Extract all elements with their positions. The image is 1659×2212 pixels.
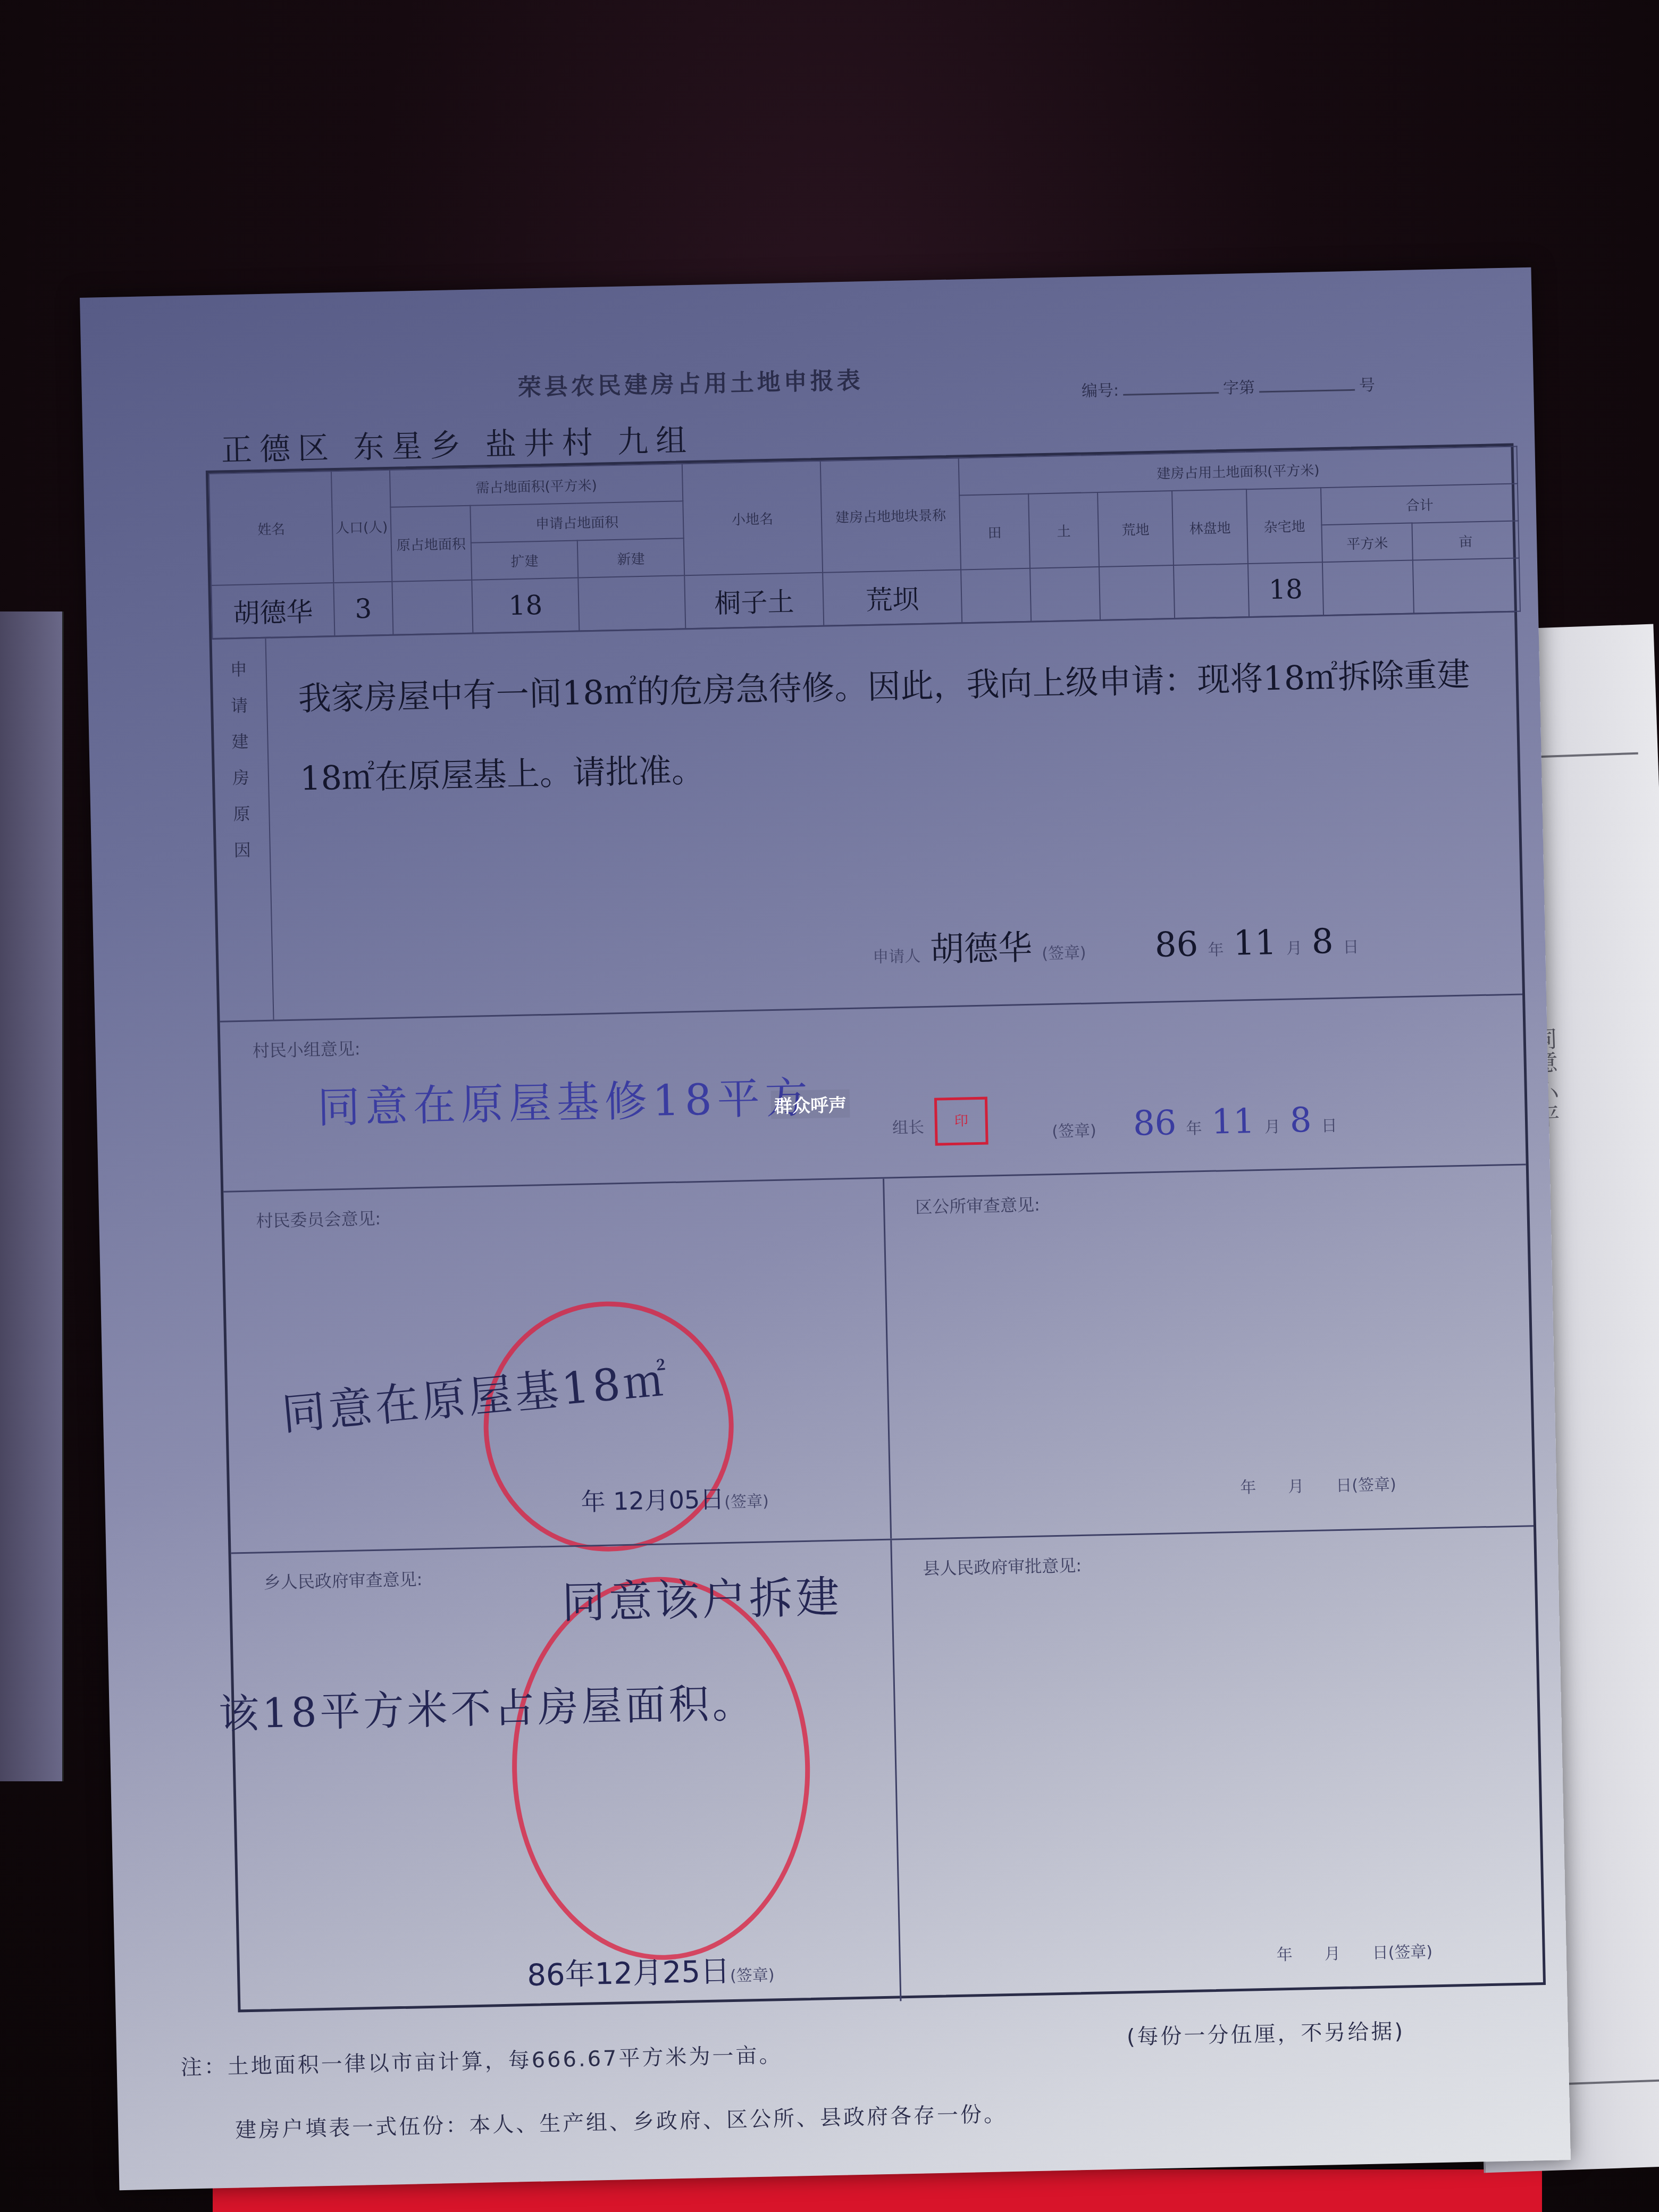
township-sign-label: (签章) bbox=[730, 1966, 775, 1985]
group-signature: 组长 bbox=[892, 1114, 925, 1138]
applicant-label: 申请人 bbox=[873, 947, 921, 967]
cell-name: 胡德华 bbox=[211, 583, 334, 639]
header-name: 姓名 bbox=[209, 471, 333, 585]
cell-land-value bbox=[1174, 564, 1249, 618]
group-date: (签章) 86年11月8日 bbox=[1051, 1100, 1337, 1145]
reason-divider bbox=[265, 639, 274, 1020]
sign-label: (签章) bbox=[1042, 944, 1086, 963]
year-unit: 年 bbox=[1186, 1119, 1202, 1138]
township-opinion-line2: 该18平方米不占房屋面积。 bbox=[218, 1671, 757, 1740]
header-area-needed: 需占地面积(平方米) bbox=[390, 464, 683, 507]
county-date: 年 月 日(签章) bbox=[1276, 1938, 1432, 1965]
form-title: 荣县农民建房占用土地申报表 bbox=[517, 361, 864, 403]
applicant-signature: 申请人胡德华(签章) 86年11月8日 bbox=[872, 914, 1359, 973]
cell-total-mu bbox=[1413, 558, 1520, 613]
header-expand: 扩建 bbox=[471, 541, 578, 580]
applicant-name: 胡德华 bbox=[929, 928, 1033, 970]
applicant-day: 8 bbox=[1311, 922, 1334, 962]
note-line2: 建房户填表一式伍份：本人、生产组、乡政府、区公所、县政府各存一份。 bbox=[235, 2097, 1008, 2143]
application-form: 荣县农民建房占用土地申报表 编号:字第号 正德区 东星乡 盐井村 九组 姓名 人… bbox=[80, 267, 1571, 2190]
township-county-row: 乡人民政府审查意见: 同意该户拆建 该18平方米不占房屋面积。 86年12月25… bbox=[231, 1525, 1543, 2015]
reason-text: 我家房屋中有一间18㎡的危房急待修。因此，我向上级申请：现将18㎡拆除重建18㎡… bbox=[297, 634, 1481, 818]
group-day: 8 bbox=[1289, 1101, 1312, 1141]
committee-label: 村民委员会意见: bbox=[256, 1205, 381, 1233]
header-original-area: 原占地面积 bbox=[390, 506, 472, 582]
committee-date: 年 12月05日(签章) bbox=[581, 1479, 769, 1518]
header-total: 合计 bbox=[1321, 483, 1518, 525]
township-date-text: 86年12月25日 bbox=[527, 1954, 731, 1993]
cell-plot-class: 荒坝 bbox=[823, 569, 962, 625]
cell-total-sqm bbox=[1322, 560, 1414, 616]
note-price: (每份一分伍厘，不另给据) bbox=[1126, 2015, 1405, 2051]
cell-land-value bbox=[1099, 565, 1175, 620]
group-month: 11 bbox=[1211, 1102, 1255, 1142]
header-mu: 亩 bbox=[1412, 521, 1519, 560]
header-land-type: 杂宅地 bbox=[1246, 488, 1322, 564]
watermark: 群众呼声 bbox=[771, 1090, 850, 1119]
number-label: 编号: bbox=[1082, 381, 1119, 400]
committee-date-text: 年 12月05日 bbox=[581, 1485, 725, 1516]
header-new-build: 新建 bbox=[577, 538, 684, 577]
header-land-type: 荒地 bbox=[1097, 491, 1174, 567]
committee-sign-label: (签章) bbox=[724, 1492, 769, 1512]
township-date: 86年12月25日(签章) bbox=[526, 1947, 775, 1995]
number-blank-2 bbox=[1259, 389, 1355, 393]
background-paper-left bbox=[0, 611, 64, 1781]
cell-land-value: 18 bbox=[1248, 562, 1323, 617]
cell-expand: 18 bbox=[472, 577, 579, 633]
township-opinion-line1: 同意该户拆建 bbox=[561, 1563, 843, 1631]
cell-plot-name: 桐子土 bbox=[684, 573, 824, 629]
applicant-year: 86 bbox=[1154, 925, 1199, 965]
group-label: 村民小组意见: bbox=[252, 1035, 361, 1062]
county-label: 县人民政府审批意见: bbox=[923, 1552, 1082, 1580]
header-requested-area: 申请占地面积 bbox=[470, 501, 683, 542]
row-divider bbox=[883, 1179, 892, 1539]
cell-land-value bbox=[961, 568, 1031, 623]
cell-population: 3 bbox=[333, 582, 393, 636]
township-stamp bbox=[508, 1574, 814, 1963]
row-divider bbox=[890, 1540, 901, 2001]
district-date-blank: 年 月 日 bbox=[1240, 1476, 1352, 1497]
month-unit: 月 bbox=[1286, 939, 1303, 958]
reason-section: 申请建房原因 我家房屋中有一间18㎡的危房急待修。因此，我向上级申请：现将18㎡… bbox=[212, 611, 1522, 1021]
form-frame: 姓名 人口(人) 需占地面积(平方米) 小地名 建房占地地块景称 建房占用土地面… bbox=[206, 443, 1546, 2013]
header-plot-name: 小地名 bbox=[682, 461, 823, 575]
district-sign-label: (签章) bbox=[1352, 1476, 1396, 1495]
header-population: 人口(人) bbox=[331, 470, 392, 583]
note-line1: 注：土地面积一律以市亩计算，每666.67平方米为一亩。 bbox=[180, 2038, 783, 2081]
cell-original-area bbox=[392, 580, 473, 635]
district-label: 区公所审查意见: bbox=[915, 1192, 1041, 1219]
township-label: 乡人民政府审查意见: bbox=[263, 1566, 423, 1594]
day-unit: 日 bbox=[1321, 1117, 1337, 1136]
number-suffix: 号 bbox=[1359, 376, 1376, 395]
year-unit: 年 bbox=[1208, 941, 1224, 960]
land-table: 姓名 人口(人) 需占地面积(平方米) 小地名 建房占地地块景称 建房占用土地面… bbox=[208, 446, 1521, 639]
number-blank bbox=[1123, 392, 1219, 396]
header-plot-class: 建房占地地块景称 bbox=[820, 458, 961, 572]
group-sign-label: (签章) bbox=[1052, 1121, 1096, 1141]
month-unit: 月 bbox=[1264, 1118, 1281, 1137]
county-date-blank: 年 月 日 bbox=[1276, 1943, 1388, 1964]
district-date: 年 月 日(签章) bbox=[1240, 1471, 1396, 1498]
day-unit: 日 bbox=[1343, 938, 1359, 957]
header-land-type: 田 bbox=[959, 494, 1030, 570]
header-land-type: 林盘地 bbox=[1172, 489, 1248, 565]
header-land-type: 土 bbox=[1028, 492, 1099, 568]
county-sign-label: (签章) bbox=[1388, 1942, 1432, 1962]
applicant-month: 11 bbox=[1233, 923, 1277, 963]
group-year: 86 bbox=[1133, 1103, 1177, 1144]
group-section: 村民小组意见: 同意在原屋基修18平方 组长 印 (签章) 86年11月8日 bbox=[220, 993, 1526, 1191]
group-opinion: 同意在原屋基修18平方 bbox=[317, 1063, 814, 1134]
reason-label: 申请建房原因 bbox=[223, 660, 254, 877]
committee-district-row: 村民委员会意见: 同意在原屋基18㎡ 年 12月05日(签章) 区公所审查意见:… bbox=[223, 1163, 1534, 1552]
number-word: 字第 bbox=[1223, 379, 1255, 398]
leader-stamp: 印 bbox=[934, 1097, 988, 1146]
header-sqm: 平方米 bbox=[1321, 523, 1412, 563]
cell-new-build bbox=[578, 575, 685, 631]
cell-land-value bbox=[1030, 567, 1100, 622]
leader-label: 组长 bbox=[892, 1118, 925, 1137]
form-number: 编号:字第号 bbox=[1082, 372, 1376, 401]
